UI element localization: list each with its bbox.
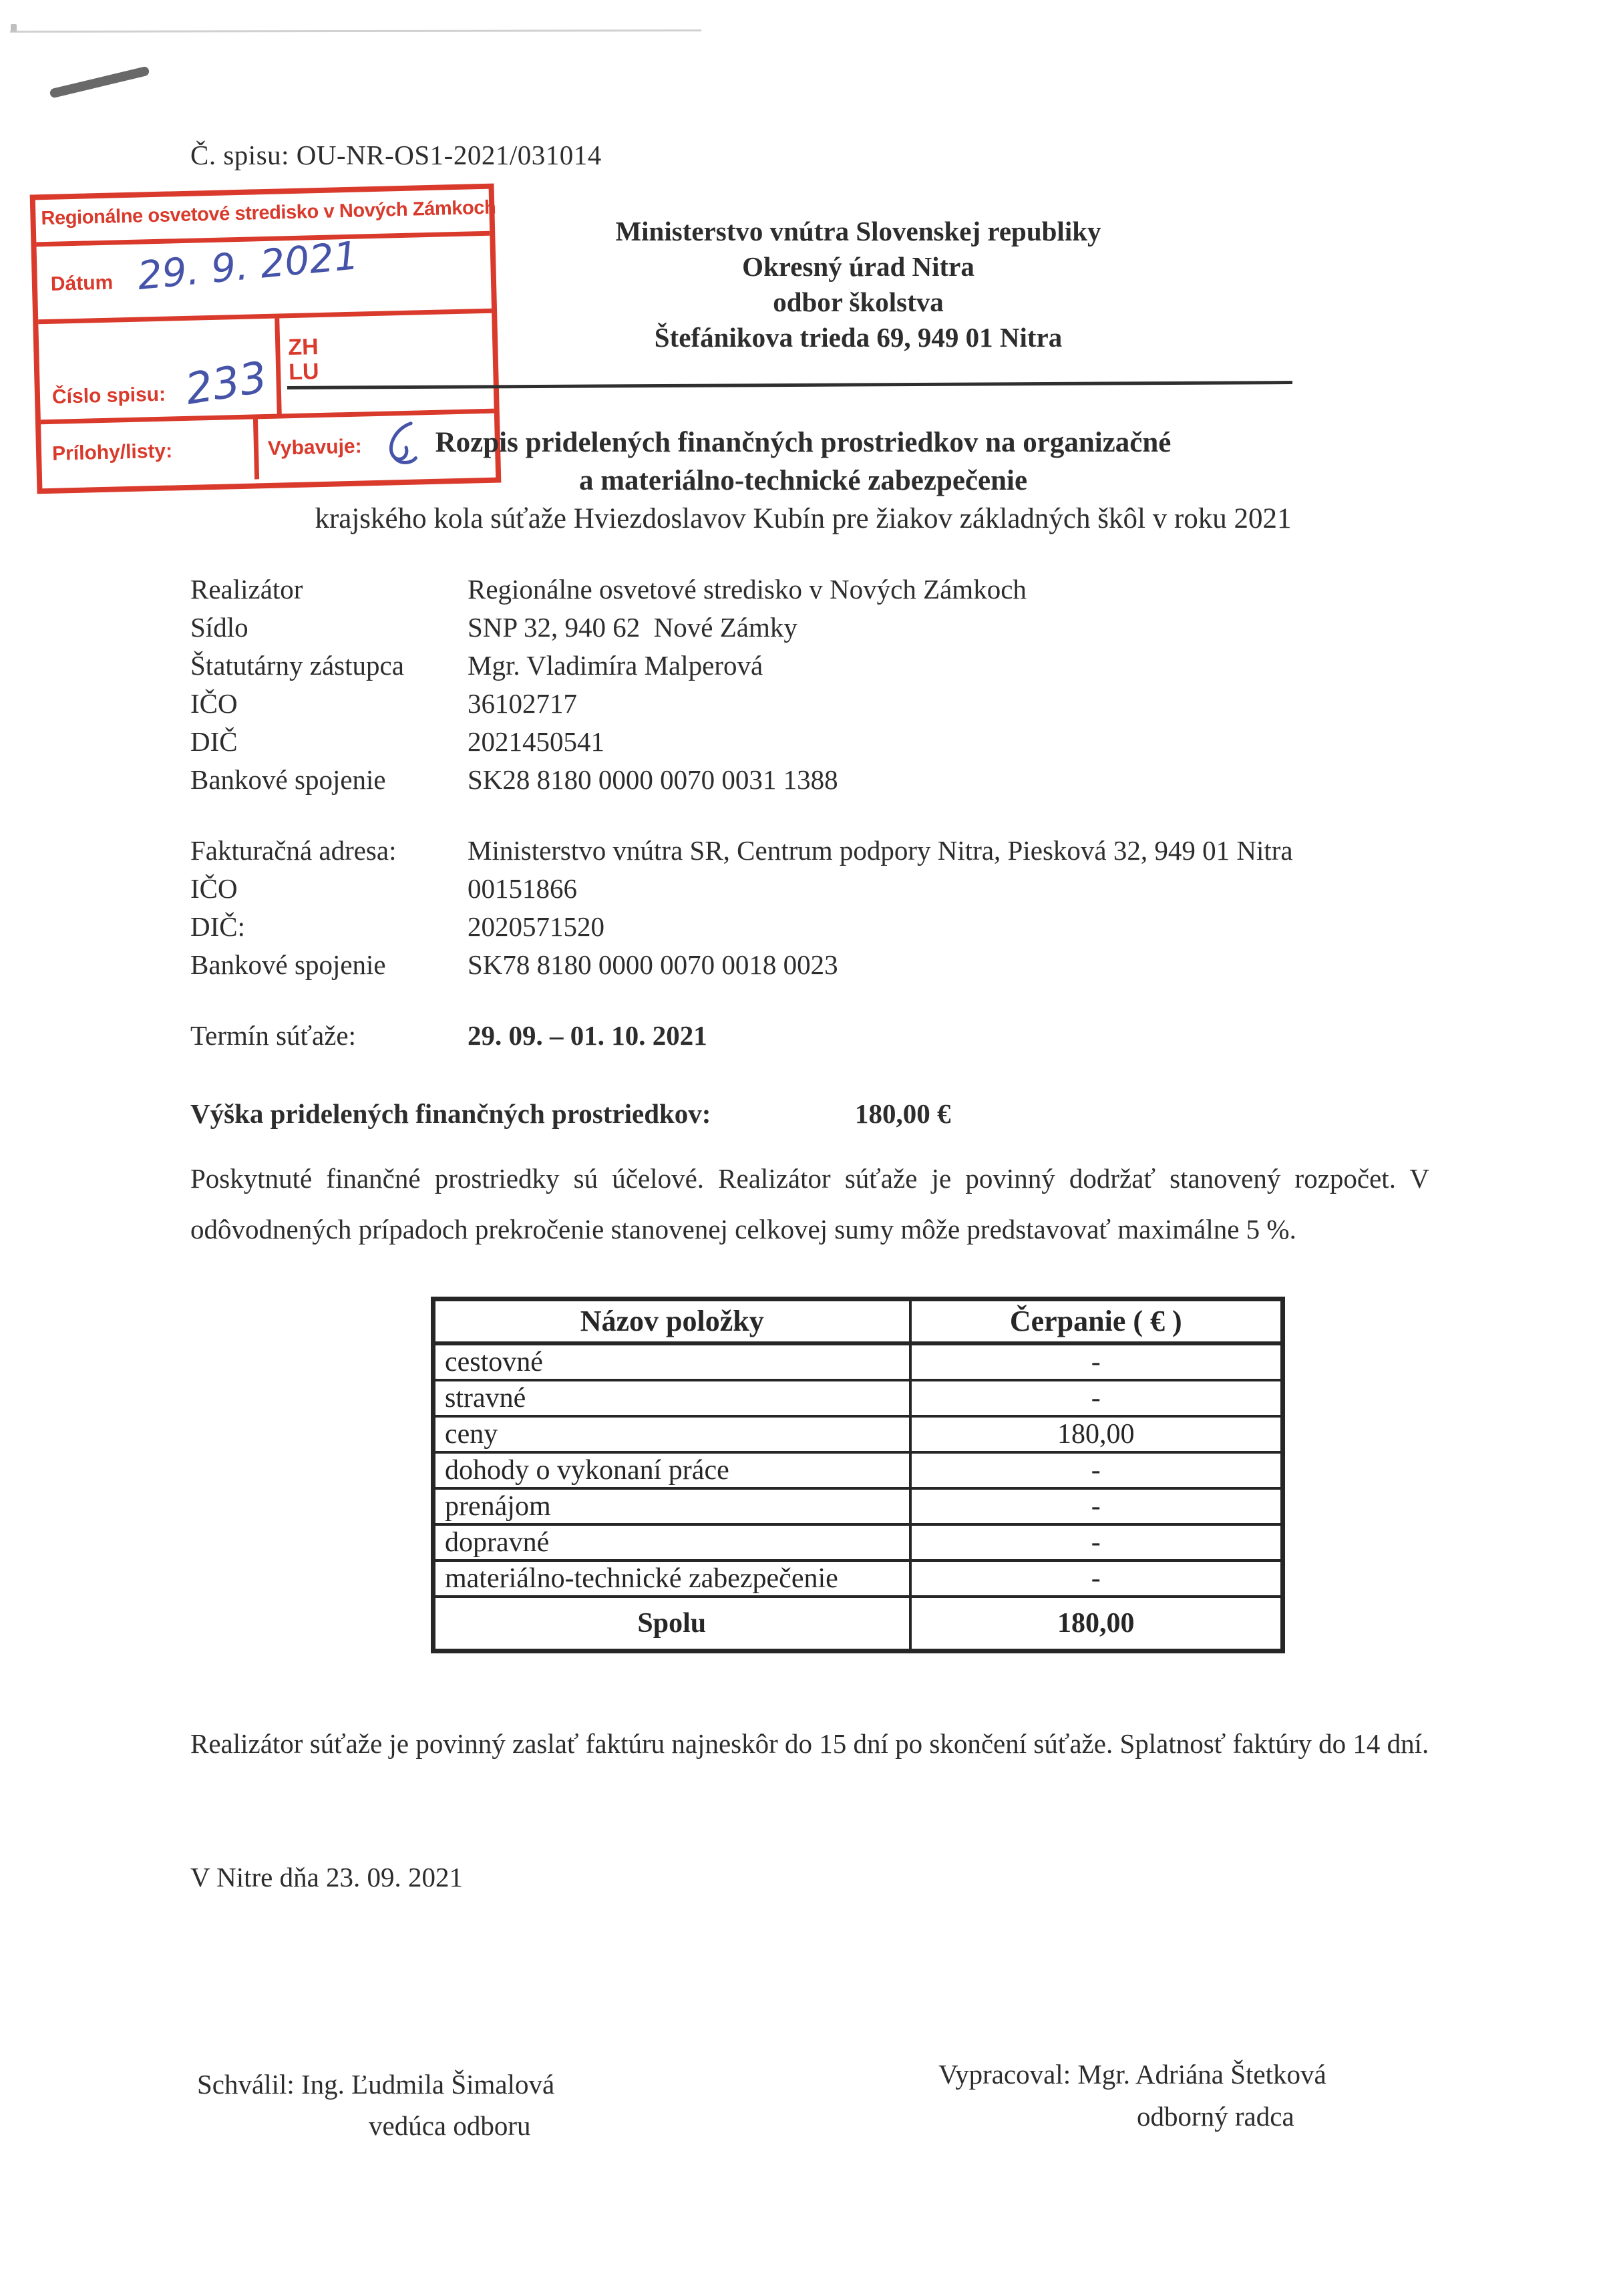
info-row-banka2: Bankové spojenie SK78 8180 0000 0070 001…	[0, 949, 1609, 986]
table-row: cestovné -	[433, 1343, 1283, 1380]
budget-table: Názov položky Čerpanie ( € ) cestovné - …	[431, 1297, 1285, 1653]
table-row: materiálno-technické zabezpečenie -	[433, 1561, 1283, 1597]
document-title: Rozpis pridelených finančných prostriedk…	[197, 424, 1409, 538]
conditions-paragraph: Poskytnuté finančné prostriedky sú účelo…	[190, 1153, 1429, 1255]
table-row: stravné -	[433, 1380, 1283, 1416]
field-value: 2020571520	[468, 911, 604, 943]
field-label: DIČ	[190, 725, 238, 758]
info-row-dic2: DIČ: 2020571520	[0, 911, 1609, 948]
item-name: materiálno-technické zabezpečenie	[433, 1561, 910, 1597]
item-name: stravné	[433, 1380, 910, 1416]
info-row-realizator: Realizátor Regionálne osvetové stredisko…	[0, 573, 1609, 611]
field-label: Štatutárny zástupca	[190, 649, 404, 681]
amount-value: 180,00 €	[855, 1098, 951, 1130]
item-value: -	[910, 1524, 1283, 1561]
letterhead-line1: Ministerstvo vnútra Slovenskej republiky	[528, 214, 1189, 249]
amount-row: Výška pridelených finančných prostriedko…	[0, 1098, 1609, 1135]
scanned-document-page: { "page": { "file_number": "Č. spisu: OU…	[0, 0, 1609, 2296]
stamp-organization-name: Regionálne osvetové stredisko v Nových Z…	[41, 197, 489, 230]
table-row: dopravné -	[433, 1524, 1283, 1561]
field-label: IČO	[190, 687, 238, 719]
item-value: 180,00	[910, 1416, 1283, 1452]
title-line3: krajského kola súťaže Hviezdoslavov Kubí…	[197, 500, 1409, 538]
table-total-row: Spolu 180,00	[433, 1597, 1283, 1651]
info-row-ico2: IČO 00151866	[0, 872, 1609, 910]
field-label: Bankové spojenie	[190, 764, 386, 796]
info-row-fakturacna: Fakturačná adresa: Ministerstvo vnútra S…	[0, 834, 1609, 872]
item-name: cestovné	[433, 1343, 910, 1380]
total-value: 180,00	[910, 1597, 1283, 1651]
letterhead: Ministerstvo vnútra Slovenskej republiky…	[528, 214, 1189, 355]
term-label: Termín súťaže:	[190, 1019, 356, 1051]
prepared-by-line: Vypracoval: Mgr. Adriána Štetková	[938, 2058, 1326, 2090]
scan-line-artifact	[10, 29, 701, 33]
invoice-paragraph: Realizátor súťaže je povinný zaslať fakt…	[190, 1718, 1429, 1769]
field-value: SK78 8180 0000 0070 0018 0023	[468, 949, 838, 981]
total-label: Spolu	[433, 1597, 910, 1651]
item-value: -	[910, 1452, 1283, 1488]
letterhead-line4: Štefánikova trieda 69, 949 01 Nitra	[528, 320, 1189, 355]
field-label: Sídlo	[190, 611, 248, 643]
field-label: DIČ:	[190, 911, 245, 943]
title-line2: a materiálno-technické zabezpečenie	[197, 462, 1409, 500]
info-row-ico: IČO 36102717	[0, 687, 1609, 725]
field-value: Ministerstvo vnútra SR, Centrum podpory …	[468, 834, 1293, 866]
field-value: SK28 8180 0000 0070 0031 1388	[468, 764, 838, 796]
stamp-code-line2: LU	[289, 359, 319, 385]
field-value: 36102717	[468, 687, 577, 719]
field-value: Regionálne osvetové stredisko v Nových Z…	[468, 573, 1027, 605]
item-value: -	[910, 1561, 1283, 1597]
term-value: 29. 09. – 01. 10. 2021	[468, 1019, 707, 1051]
col-header-amount: Čerpanie ( € )	[910, 1299, 1283, 1343]
field-label: IČO	[190, 872, 238, 905]
info-row-zastupca: Štatutárny zástupca Mgr. Vladimíra Malpe…	[0, 649, 1609, 687]
stamp-filenumber-row: Číslo spisu: 233 ZH LU	[38, 313, 494, 425]
stamp-date-row: Dátum 29. 9. 2021	[37, 236, 492, 325]
info-row-sidlo: Sídlo SNP 32, 940 62 Nové Zámky	[0, 611, 1609, 649]
field-value: SNP 32, 940 62 Nové Zámky	[468, 611, 797, 643]
item-name: dohody o vykonaní práce	[433, 1452, 910, 1488]
title-line1: Rozpis pridelených finančných prostriedk…	[197, 424, 1409, 462]
table-row: dohody o vykonaní práce -	[433, 1452, 1283, 1488]
col-header-item: Názov položky	[433, 1299, 910, 1343]
approved-by-line: Schválil: Ing. Ľudmila Šimalová	[197, 2068, 554, 2100]
letterhead-line3: odbor školstva	[528, 285, 1189, 320]
approved-by-title: vedúca odboru	[369, 2110, 531, 2142]
field-value: Mgr. Vladimíra Malperová	[468, 649, 763, 681]
stamp-filenumber-label: Číslo spisu:	[52, 383, 166, 409]
stamp-date-label: Dátum	[51, 272, 114, 296]
table-header-row: Názov položky Čerpanie ( € )	[433, 1299, 1283, 1343]
item-value: -	[910, 1488, 1283, 1524]
table-row: prenájom -	[433, 1488, 1283, 1524]
stamp-code-line1: ZH	[288, 335, 319, 360]
table-row: ceny 180,00	[433, 1416, 1283, 1452]
amount-label: Výška pridelených finančných prostriedko…	[190, 1098, 711, 1130]
info-row-banka: Bankové spojenie SK28 8180 0000 0070 003…	[0, 764, 1609, 801]
prepared-by-title: odborný radca	[1137, 2100, 1294, 2132]
field-value: 2021450541	[468, 725, 604, 758]
stamp-attachments-label: Prílohy/listy:	[52, 440, 173, 465]
info-row-dic: DIČ 2021450541	[0, 725, 1609, 763]
letterhead-line2: Okresný úrad Nitra	[528, 249, 1189, 285]
stamp-code: ZH LU	[288, 335, 319, 385]
field-value: 00151866	[468, 872, 577, 905]
field-label: Fakturačná adresa:	[190, 834, 396, 866]
item-name: prenájom	[433, 1488, 910, 1524]
item-value: -	[910, 1380, 1283, 1416]
item-name: ceny	[433, 1416, 910, 1452]
item-value: -	[910, 1343, 1283, 1380]
item-name: dopravné	[433, 1524, 910, 1561]
term-row: Termín súťaže: 29. 09. – 01. 10. 2021	[0, 1019, 1609, 1057]
pen-mark-artifact	[49, 65, 150, 98]
field-label: Bankové spojenie	[190, 949, 386, 981]
place-date: V Nitre dňa 23. 09. 2021	[190, 1861, 463, 1893]
file-number: Č. spisu: OU-NR-OS1-2021/031014	[190, 139, 602, 171]
field-label: Realizátor	[190, 573, 303, 605]
